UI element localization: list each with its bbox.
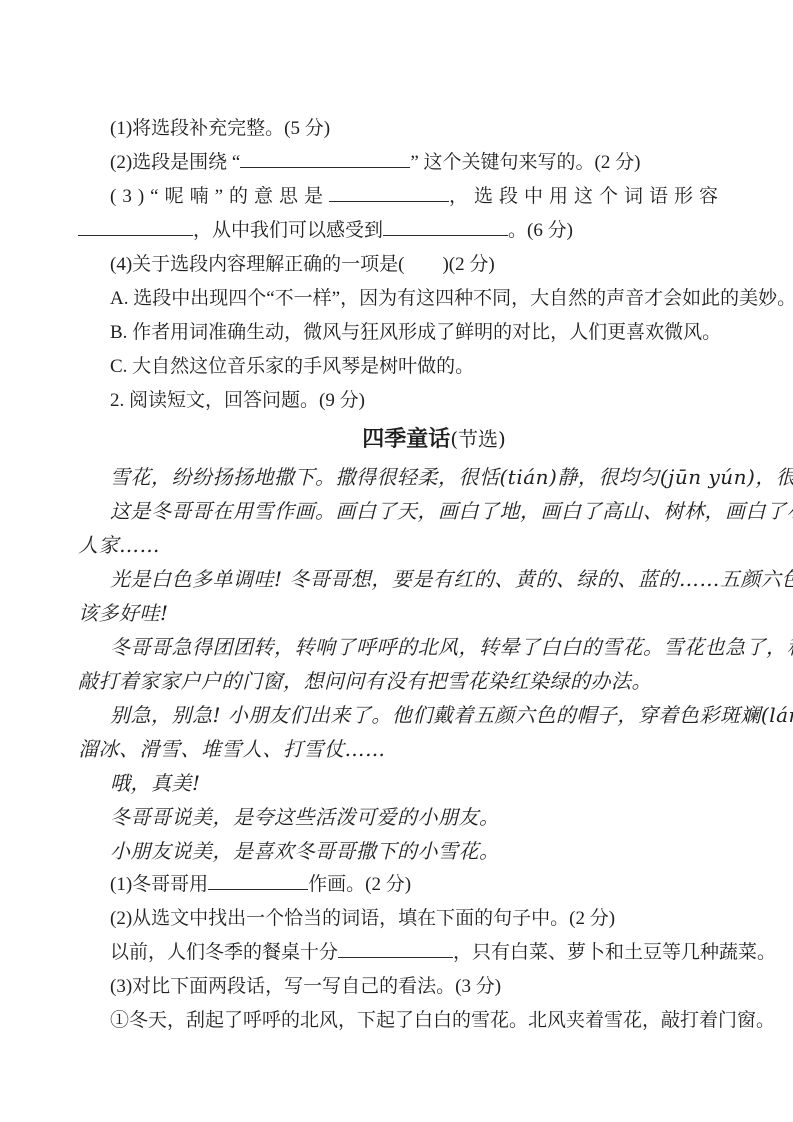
text-segment: 这是冬哥哥在用雪作画。画白了天，画白了地，画白了高山、树林，画白了小桥、流水、 xyxy=(110,499,793,523)
text-segment: C. 大自然这位音乐家的手风琴是树叶做的。 xyxy=(110,356,474,377)
document-body: (1)将选段补充完整。(5 分)(2)选段是围绕 “” 这个关键句来写的。(2 … xyxy=(78,112,790,1038)
passage-line: 哦，真美! xyxy=(78,766,790,800)
text-segment: 冬哥哥说美，是夸这些活泼可爱的小朋友。 xyxy=(110,805,500,829)
text-segment: 溜冰、滑雪、堆雪人、打雪仗…… xyxy=(78,737,386,761)
passage-title-main: 四季童话 xyxy=(362,427,450,452)
blank-underline xyxy=(338,943,453,958)
question-line: 以前，人们冬季的餐桌十分，只有白菜、萝卜和土豆等几种蔬菜。 xyxy=(78,936,790,970)
passage-line: 光是白色多单调哇! 冬哥哥想，要是有红的、黄的、绿的、蓝的……五颜六色的雪花， xyxy=(78,562,790,596)
passage-line: 敲打着家家户户的门窗，想问问有没有把雪花染红染绿的办法。 xyxy=(78,664,790,698)
text-segment: ，从中我们可以感受到 xyxy=(193,220,383,241)
passage-title: 四季童话(节选) xyxy=(78,418,790,460)
text-segment: (2)从选文中找出一个恰当的词语，填在下面的句子中。(2 分) xyxy=(110,908,615,929)
passage-line: 雪花，纷纷扬扬地撒下。撒得很轻柔，很恬(tián)静，很均匀(jūn yún)，… xyxy=(78,460,790,494)
text-segment: 别急，别急! 小朋友们出来了。他们戴着五颜六色的帽子，穿着色彩斑斓(lán)的衣… xyxy=(110,703,793,727)
passage-line: 别急，别急! 小朋友们出来了。他们戴着五颜六色的帽子，穿着色彩斑斓(lán)的衣… xyxy=(78,698,790,732)
text-segment: (3)“呢喃”的意思是 xyxy=(110,186,329,207)
question-line: (3)“呢喃”的意思是，选段中用这个词语形容 xyxy=(78,180,790,214)
question-line: (2)从选文中找出一个恰当的词语，填在下面的句子中。(2 分) xyxy=(78,902,790,936)
passage-line: 冬哥哥说美，是夸这些活泼可爱的小朋友。 xyxy=(78,800,790,834)
passage-line: 溜冰、滑雪、堆雪人、打雪仗…… xyxy=(78,732,790,766)
question-line: (1)冬哥哥用作画。(2 分) xyxy=(78,868,790,902)
text-segment: 冬哥哥急得团团转，转响了呼呼的北风，转晕了白白的雪花。雪花也急了，和北风一起 xyxy=(110,635,793,659)
text-segment: 小朋友说美，是喜欢冬哥哥撒下的小雪花。 xyxy=(110,839,500,863)
text-segment: (1)冬哥哥用 xyxy=(110,874,208,895)
text-segment: ，选段中用这个词语形容 xyxy=(449,186,724,207)
text-segment: B. 作者用词准确生动，微风与狂风形成了鲜明的对比，人们更喜欢微风。 xyxy=(110,322,721,343)
question-line: (3)对比下面两段话，写一写自己的看法。(3 分) xyxy=(78,970,790,1004)
text-segment: 人家…… xyxy=(78,533,160,557)
blank-underline xyxy=(208,875,308,890)
passage-line: 这是冬哥哥在用雪作画。画白了天，画白了地，画白了高山、树林，画白了小桥、流水、 xyxy=(78,494,790,528)
question-line: B. 作者用词准确生动，微风与狂风形成了鲜明的对比，人们更喜欢微风。 xyxy=(78,316,790,350)
blank-underline xyxy=(383,221,508,236)
text-segment: 敲打着家家户户的门窗，想问问有没有把雪花染红染绿的办法。 xyxy=(78,669,652,693)
question-line: (1)将选段补充完整。(5 分) xyxy=(78,112,790,146)
question-line: ，从中我们可以感受到。(6 分) xyxy=(78,214,790,248)
text-segment: 该多好哇! xyxy=(78,601,169,625)
text-segment: 2. 阅读短文，回答问题。(9 分) xyxy=(110,390,365,411)
passage-line: 该多好哇! xyxy=(78,596,790,630)
question-line: (4)关于选段内容理解正确的一项是( )(2 分) xyxy=(78,248,790,282)
text-segment: 以前，人们冬季的餐桌十分 xyxy=(110,942,338,963)
text-segment: ” 这个关键句来写的。(2 分) xyxy=(410,152,640,173)
text-segment: 雪花，纷纷扬扬地撒下。撒得很轻柔，很恬(tián)静，很均匀(jūn yún)，… xyxy=(110,465,793,489)
passage-line: 小朋友说美，是喜欢冬哥哥撒下的小雪花。 xyxy=(78,834,790,868)
document-page: (1)将选段补充完整。(5 分)(2)选段是围绕 “” 这个关键句来写的。(2 … xyxy=(0,0,793,1122)
text-segment: 。(6 分) xyxy=(508,220,573,241)
passage-line: 冬哥哥急得团团转，转响了呼呼的北风，转晕了白白的雪花。雪花也急了，和北风一起 xyxy=(78,630,790,664)
text-segment: (2)选段是围绕 “ xyxy=(110,152,240,173)
question-line: 2. 阅读短文，回答问题。(9 分) xyxy=(78,384,790,418)
blank-underline xyxy=(240,153,410,168)
passage-line: 人家…… xyxy=(78,528,790,562)
text-segment: 光是白色多单调哇! 冬哥哥想，要是有红的、黄的、绿的、蓝的……五颜六色的雪花， xyxy=(110,567,793,591)
blank-underline xyxy=(78,221,193,236)
text-segment: (3)对比下面两段话，写一写自己的看法。(3 分) xyxy=(110,976,501,997)
text-segment: 哦，真美! xyxy=(110,771,201,795)
text-segment: ①冬天，刮起了呼呼的北风，下起了白白的雪花。北风夹着雪花，敲打着门窗。 xyxy=(110,1010,775,1031)
text-segment: 作画。(2 分) xyxy=(308,874,411,895)
question-line: ①冬天，刮起了呼呼的北风，下起了白白的雪花。北风夹着雪花，敲打着门窗。 xyxy=(78,1004,790,1038)
text-segment: (1)将选段补充完整。(5 分) xyxy=(110,118,330,139)
text-segment: ，只有白菜、萝卜和土豆等几种蔬菜。 xyxy=(453,942,776,963)
text-segment: (4)关于选段内容理解正确的一项是( )(2 分) xyxy=(110,254,495,275)
question-line: C. 大自然这位音乐家的手风琴是树叶做的。 xyxy=(78,350,790,384)
question-line: (2)选段是围绕 “” 这个关键句来写的。(2 分) xyxy=(78,146,790,180)
question-line: A. 选段中出现四个“不一样”，因为有这四种不同，大自然的声音才会如此的美妙。 xyxy=(78,282,790,316)
blank-underline xyxy=(329,187,449,202)
passage-title-note: (节选) xyxy=(450,427,506,451)
text-segment: A. 选段中出现四个“不一样”，因为有这四种不同，大自然的声音才会如此的美妙。 xyxy=(110,288,793,309)
